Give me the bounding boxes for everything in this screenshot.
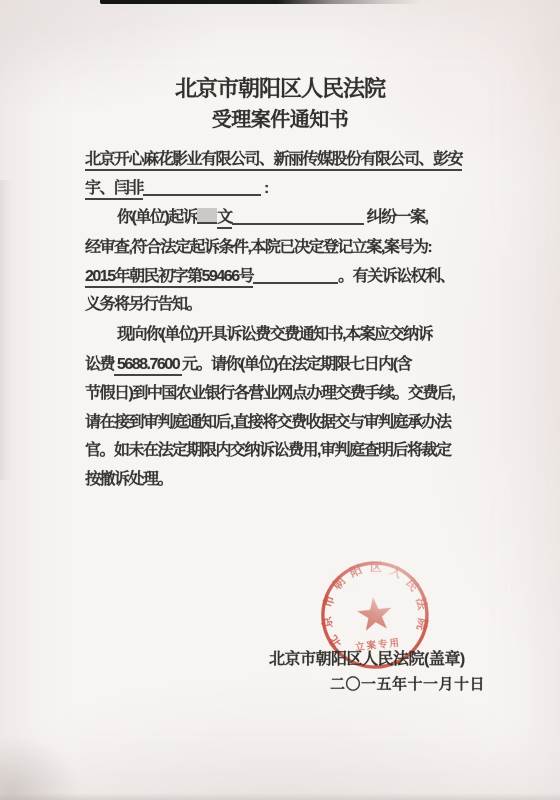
court-name-title: 北京市朝阳区人民法院: [10, 72, 550, 103]
date-line: 二〇一五年十一月十日: [330, 673, 485, 694]
text-segment: 经审查,符合法定起诉条件,本院已决定登记立案,案号为:: [85, 239, 431, 256]
seal-star-icon: [356, 595, 393, 631]
body-line-addressees-2: 宇、闫非 :: [85, 175, 268, 198]
scanned-document-page: 北京市朝阳区人民法院 受理案件通知书 北京开心麻花影业有限公司、新丽传媒股份有限…: [0, 0, 560, 800]
text-segment: 纠纷一案,: [364, 209, 428, 226]
text-segment: :: [261, 180, 268, 197]
body-line-bank: 节假日)到中国农业银行各营业网点办理交费手续。交费后,: [85, 380, 454, 403]
body-line-review-result: 经审查,符合法定起诉条件,本院已决定登记立案,案号为:: [85, 234, 431, 257]
body-line-fee-amount: 讼费 5688.7600 元。请你(单位)在法定期限七日内(含: [85, 351, 411, 374]
body-line-addressees-1: 北京开心麻花影业有限公司、新丽传媒股份有限公司、彭安: [85, 146, 462, 169]
text-segment: 义务将另行告知。: [85, 296, 201, 313]
underlined-text-segment: 北京开心麻花影业有限公司、新丽传媒股份有限公司、彭安: [85, 151, 462, 171]
body-line-case-number: 2015年朝民初字第59466号。有关诉讼权利、: [85, 263, 454, 286]
redaction-box: [197, 208, 217, 224]
scan-smudge-bottom-edge: [0, 793, 560, 800]
body-line-fee-intro: 现向你(单位)开具诉讼费交费通知书,本案应交纳诉: [117, 321, 432, 344]
document-title: 受理案件通知书: [10, 103, 550, 132]
blank-underline: [253, 270, 338, 284]
underlined-text-segment: 文: [217, 209, 232, 229]
scan-smudge-bottom-left: [0, 735, 80, 800]
blank-underline: [232, 211, 364, 225]
text-segment: 你(单位)起诉: [117, 209, 197, 226]
text-segment: 元。请你(单位)在法定期限七日内(含: [182, 356, 411, 373]
signature-line: 北京市朝阳区人民法院(盖章): [269, 646, 465, 669]
body-line-receipt: 请在接到审判庭通知后,直接将交费收据交与审判庭承办法: [85, 409, 450, 432]
underlined-text-segment: 2015年朝民初字第59466号: [85, 268, 253, 288]
scan-artifact-top-edge: [100, 0, 422, 4]
underlined-text-segment: 宇、闫非: [85, 180, 143, 200]
blank-underline: [143, 182, 261, 196]
text-segment: 。有关诉讼权利、: [338, 268, 454, 285]
body-line-warning: 官。如未在法定期限内交纳诉讼费用,审判庭查明后将裁定: [85, 437, 450, 460]
body-line-case-intro: 你(单位)起诉文 纠纷一案,: [117, 204, 428, 227]
text-segment: 官。如未在法定期限内交纳诉讼费用,审判庭查明后将裁定: [85, 442, 450, 459]
text-segment: 请在接到审判庭通知后,直接将交费收据交与审判庭承办法: [85, 414, 450, 431]
text-segment: 讼费: [85, 356, 114, 373]
scan-smudge-left-edge: [0, 180, 12, 480]
text-segment: 按撤诉处理。: [85, 471, 172, 488]
text-segment: 节假日)到中国农业银行各营业网点办理交费手续。交费后,: [85, 385, 454, 402]
body-line-notice: 义务将另行告知。: [85, 291, 201, 314]
body-line-withdrawal: 按撤诉处理。: [85, 466, 172, 489]
underlined-text-segment: 5688.7600: [114, 356, 182, 376]
text-segment: 现向你(单位)开具诉讼费交费通知书,本案应交纳诉: [117, 326, 432, 343]
